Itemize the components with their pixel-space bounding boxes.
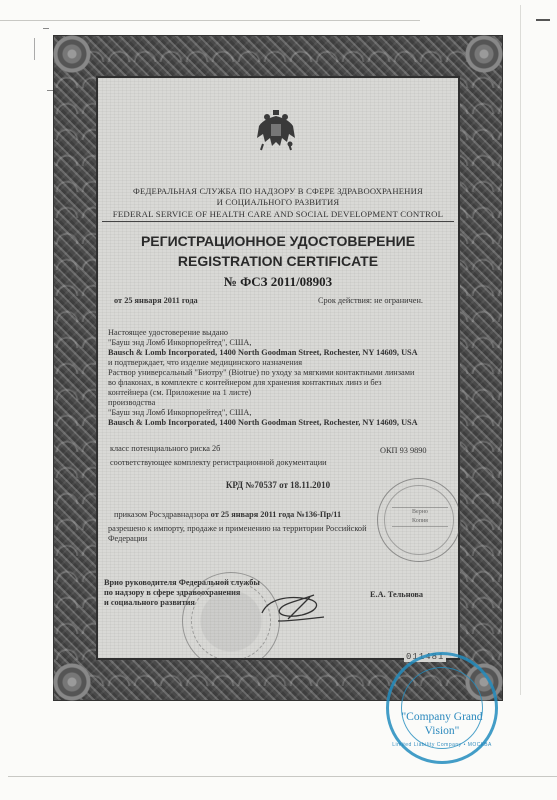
- certified-copy-stamp: Верно Копия: [377, 478, 461, 562]
- stamp-company-line1: "Company Grand: [389, 711, 495, 723]
- issuer-name-en: Bausch & Lomb Incorporated, 1400 North G…: [108, 348, 418, 357]
- agency-name-en: FEDERAL SERVICE OF HEALTH CARE AND SOCIA…: [98, 209, 458, 219]
- signature-icon: [258, 591, 328, 623]
- scan-edge-right: [520, 5, 521, 695]
- manufacturer-name-ru: "Бауш энд Ломб Инкорпорейтед", США,: [108, 408, 251, 417]
- signatory-name: Е.А. Тельнова: [370, 590, 423, 599]
- scan-edge-bottom: [8, 776, 557, 777]
- border-corner-ornament: [52, 34, 92, 74]
- permission-line-1: разрешено к импорту, продаже и применени…: [108, 524, 367, 533]
- certificate-number: № ФСЗ 2011/08903: [98, 274, 458, 290]
- agency-name-ru-line1: ФЕДЕРАЛЬНАЯ СЛУЖБА ПО НАДЗОРУ В СФЕРЕ ЗД…: [98, 186, 458, 196]
- stamp-text: Верно Копия: [392, 507, 448, 527]
- product-line-3: контейнера (см. Приложение на 1 листе): [108, 388, 251, 397]
- issued-to-label: Настоящее удостоверение выдано: [108, 328, 228, 337]
- product-line-2: во флаконах, в комплекте с контейнером д…: [108, 378, 382, 387]
- header-divider: [102, 221, 454, 222]
- issuer-name-ru: "Бауш энд Ломб Инкорпорейтед", США,: [108, 338, 251, 347]
- validity-period: Срок действия: не ограничен.: [318, 296, 423, 305]
- certificate-title-en: REGISTRATION CERTIFICATE: [98, 253, 458, 269]
- risk-class: класс потенциального риска 2б: [110, 444, 220, 453]
- product-line-1: Раствор универсальный "Биотру" (Biotrue)…: [108, 368, 414, 377]
- border-corner-ornament: [52, 662, 92, 702]
- okp-code: ОКП 93 9890: [380, 446, 427, 455]
- signatory-title-line3: и социального развития: [104, 598, 195, 607]
- crop-mark: [34, 38, 35, 60]
- order-prefix: приказом Росздравнадзора: [114, 510, 209, 519]
- scan-edge-top: [0, 20, 420, 21]
- manufacturer-name-en: Bausch & Lomb Incorporated, 1400 North G…: [108, 418, 418, 427]
- crop-mark: [43, 28, 49, 29]
- permission-line-2: Федерации: [108, 534, 147, 543]
- certificate-title-ru: РЕГИСТРАЦИОННОЕ УДОСТОВЕРЕНИЕ: [98, 233, 458, 249]
- crop-mark: [536, 19, 550, 21]
- company-grand-vision-stamp: "Company Grand Vision" Limited Liability…: [386, 652, 498, 764]
- border-corner-ornament: [464, 34, 504, 74]
- double-headed-eagle-emblem-icon: [253, 108, 299, 154]
- manufacturer-label: производства: [108, 398, 155, 407]
- order-date-number: от 25 января 2011 года №136-Пр/11: [211, 510, 342, 519]
- conforms-text: соответствующее комплекту регистрационно…: [110, 458, 327, 467]
- crop-mark: [47, 90, 53, 91]
- stamp-company-line2: Vision": [389, 725, 495, 737]
- certificate-body: ФЕДЕРАЛЬНАЯ СЛУЖБА ПО НАДЗОРУ В СФЕРЕ ЗД…: [96, 76, 460, 660]
- confirms-text: и подтверждает, что изделие медицинского…: [108, 358, 302, 367]
- issue-date: от 25 января 2011 года: [114, 296, 198, 305]
- agency-name-ru-line2: И СОЦИАЛЬНОГО РАЗВИТИЯ: [98, 197, 458, 207]
- order-line: приказом Росздравнадзора от 25 января 20…: [114, 510, 341, 519]
- stamp-ring-text: Limited Liability Company • МОСКВА: [389, 742, 495, 748]
